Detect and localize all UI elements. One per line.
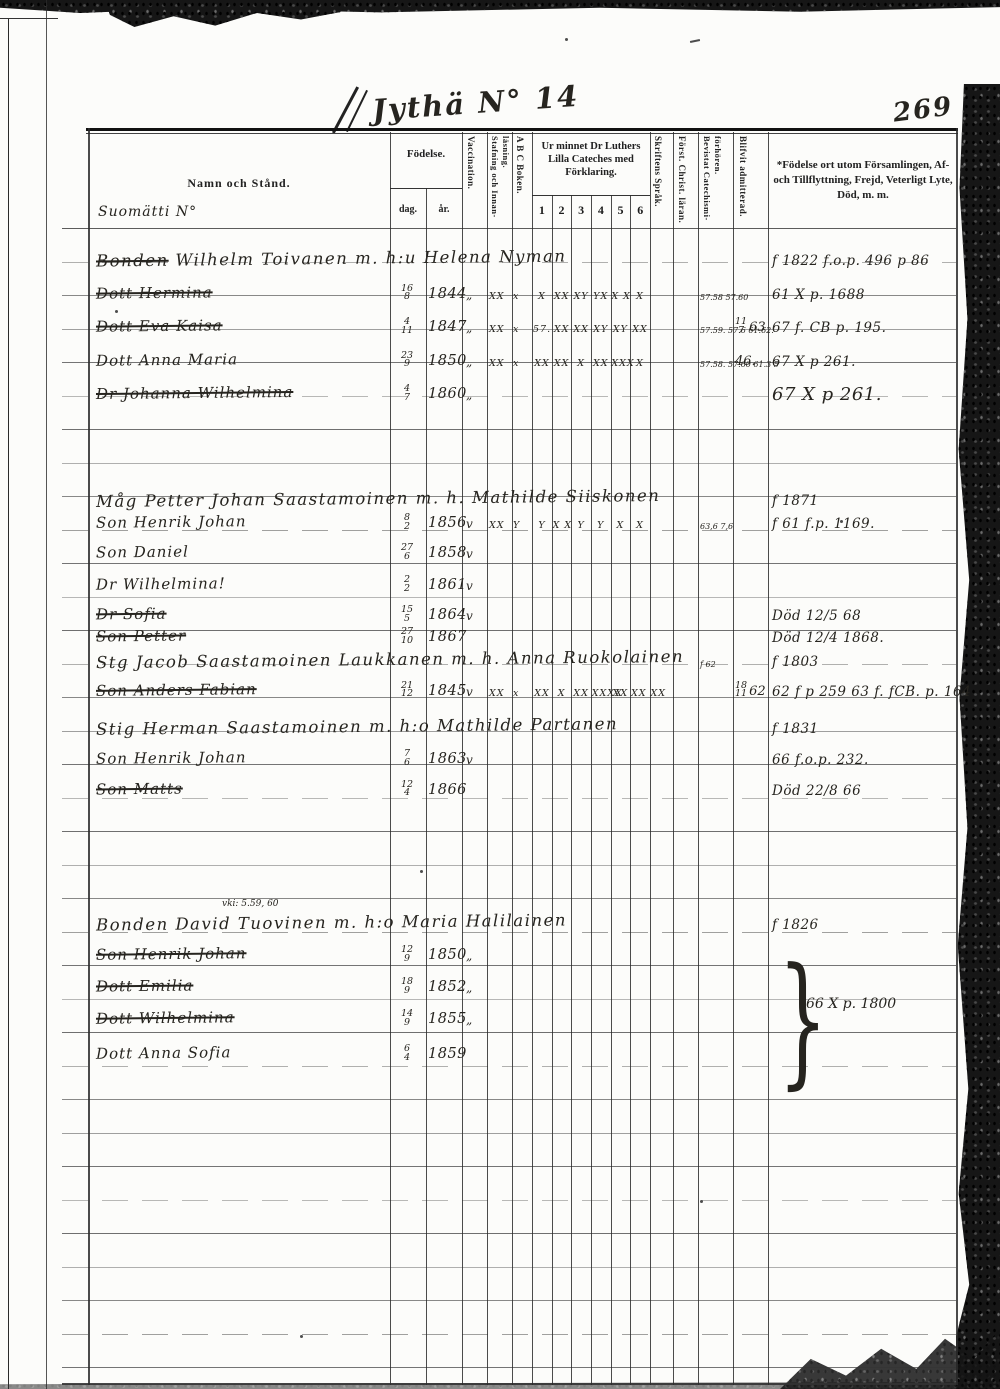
- birth-year: 1845: [428, 683, 467, 699]
- person-name: Dott Wilhelmina: [96, 1008, 235, 1027]
- catechism-mark: XX: [553, 358, 571, 369]
- rule-line: [62, 1300, 956, 1301]
- column-header-birth-day: dag.: [390, 204, 426, 215]
- ledger-row: Dr Wilhelmina!221861v: [0, 566, 1000, 594]
- person-name: Son Anders Fabian: [96, 680, 257, 700]
- catechism-mark: X: [631, 291, 649, 302]
- rule-line: [62, 463, 956, 464]
- catechism-subcolumn-number: 1: [532, 203, 552, 218]
- catechism-subcolumn-number: 5: [611, 203, 631, 218]
- page-title: Jythä N° 14: [371, 79, 580, 127]
- catechism-mark: X: [553, 688, 571, 699]
- column-header-spelling: Stafning och Innan- läsning.: [489, 136, 511, 226]
- person-name: Son Henrik Johan: [96, 945, 247, 965]
- catechism-mark: XX: [631, 324, 649, 335]
- vaccination-mark: „: [466, 1013, 472, 1027]
- column-header-catechism: Ur minnet Dr Luthers Lilla Cateches med …: [533, 140, 649, 179]
- ledger-row: Son Anders Fabian21121845vXXxXXXXXXXXXXX…: [0, 672, 1000, 700]
- column-header-birth-year: år.: [426, 204, 462, 215]
- person-name: Dott Hermina: [96, 283, 213, 302]
- margin-note: 62 f p 259 63 f. fCB. p. 164: [772, 685, 971, 699]
- column-header-christian-doctrine: Först. Christ. läran.: [676, 136, 697, 226]
- ledger-row: Dott Anna Sofia641859: [0, 1035, 1000, 1063]
- column-header-vaccination: Vaccination.: [465, 136, 487, 226]
- birth-day: 149: [391, 1001, 423, 1027]
- rule-line: [62, 1233, 956, 1234]
- catechism-mark: XX: [533, 358, 551, 369]
- birth-day: 64: [391, 1036, 423, 1062]
- ledger-row: Bonden David Tuovinen m. h:o Maria Halil…: [0, 905, 1000, 933]
- rule-line: [62, 831, 956, 832]
- column-header-attended-examinations: Bevistat Catechismi- förhören.: [701, 136, 731, 226]
- catechism-mark: XY: [592, 324, 610, 335]
- district-handwritten-label: Suomätti N°: [98, 204, 197, 220]
- abc-mark: Y: [513, 520, 520, 531]
- catechism-mark: XXXX: [592, 688, 610, 699]
- person-name: Dott Emilia: [96, 977, 194, 996]
- birth-day: 22: [391, 567, 423, 593]
- ledger-row: Stg Jacob Saastamoinen Laukkanen m. h. A…: [0, 642, 1000, 670]
- catechism-mark: XX: [533, 688, 551, 699]
- catechism-mark: X: [533, 291, 551, 302]
- margin-note: 67 f. CB p. 195.: [772, 321, 886, 335]
- catechism-subcolumn-number: 4: [591, 203, 611, 218]
- birth-day: 124: [391, 772, 423, 798]
- ledger-row: Dr Johanna Wilhelmina471860„67 X p 261.: [0, 375, 1000, 403]
- ledger-row: Son Henrik Johan1291850„: [0, 936, 1000, 964]
- ledger-row: Bonden Wilhelm Toivanen m. h:u Helena Ny…: [0, 241, 1000, 269]
- catechism-mark: Y: [572, 520, 590, 531]
- catechism-mark: XX XX: [631, 688, 649, 699]
- birth-day: 76: [391, 741, 423, 767]
- rule-line: [62, 1367, 956, 1368]
- rule-line: [62, 563, 956, 564]
- vaccination-mark: „: [466, 321, 472, 335]
- catechism-mark: XX: [553, 324, 571, 335]
- brace-note: 66 X p. 1800: [806, 996, 896, 1012]
- catechism-mark: X X: [553, 520, 571, 531]
- vaccination-mark: „: [466, 981, 472, 995]
- vaccination-mark: v: [466, 753, 473, 767]
- birth-year: 1861: [428, 577, 467, 593]
- catechism-mark: XX: [553, 291, 571, 302]
- catechism-mark: XXX: [611, 358, 629, 369]
- margin-note: f 1803: [772, 655, 819, 669]
- abc-mark: x: [513, 358, 519, 369]
- person-name: Son Henrik Johan: [96, 749, 247, 769]
- person-name: Son Daniel: [96, 543, 189, 562]
- scan-speck: [300, 1335, 303, 1338]
- scan-noise-top-blob: [105, 0, 350, 27]
- person-name: Bonden Wilhelm Toivanen m. h:u Helena Ny…: [96, 247, 567, 271]
- margin-note: Död 22/8 66: [772, 784, 861, 798]
- rule-line: [62, 865, 956, 866]
- spelling-mark: XX: [489, 520, 505, 531]
- margin-note: f 1826: [772, 918, 819, 932]
- spelling-mark: XX: [489, 688, 505, 699]
- column-header-notes: *Födelse ort utom Församlingen, Af- och …: [772, 158, 954, 203]
- ledger-row: Son Matts1241866Död 22/8 66: [0, 771, 1000, 799]
- vaccination-mark: v: [466, 547, 473, 561]
- vaccination-mark: „: [466, 949, 472, 963]
- catechism-subcolumn-number: 6: [630, 203, 650, 218]
- birth-day: 239: [391, 343, 423, 369]
- catechism-mark: XX: [592, 358, 610, 369]
- examination-note: 63,6 7,6: [700, 523, 733, 531]
- catechism-mark: XX: [611, 688, 629, 699]
- abc-mark: x: [513, 324, 519, 335]
- admitted-note: 181162: [735, 682, 766, 699]
- vaccination-mark: „: [466, 355, 472, 369]
- ledger-row: Son Daniel2761858v: [0, 534, 1000, 562]
- birth-year: 1852: [428, 979, 467, 995]
- birth-day: 411: [391, 309, 423, 335]
- abc-mark: x: [513, 291, 519, 302]
- column-header-name: Namn och Stånd.: [88, 176, 390, 191]
- rule-line: [62, 429, 956, 430]
- person-name: Stig Herman Saastamoinen m. h:o Mathilde…: [96, 714, 618, 738]
- column-header-admitted: Blifvit admitterad.: [737, 136, 765, 226]
- margin-note: 61 X p. 1688: [772, 288, 865, 302]
- inline-note: vki: 5.59, 60: [222, 899, 279, 909]
- margin-note: 66 f.o.p. 232.: [772, 753, 869, 767]
- birth-day: 129: [391, 937, 423, 963]
- title-flourish: [346, 90, 368, 132]
- spelling-mark: XX: [489, 324, 505, 335]
- admitted-note: 46.: [735, 354, 756, 369]
- margin-note: 67 X p 261.: [772, 355, 856, 369]
- spelling-mark: XX: [489, 358, 505, 369]
- catechism-mark: X: [611, 520, 629, 531]
- vaccination-mark: „: [466, 288, 472, 302]
- column-header-scripture-language: Skriftens Språk.: [652, 136, 672, 226]
- birth-year: 1847: [428, 319, 467, 335]
- scan-speck: [565, 38, 568, 41]
- ledger-row: Dott Hermina1681844„XXxXXXXYYXX XX57.58 …: [0, 275, 1000, 303]
- vaccination-mark: „: [466, 388, 472, 402]
- scan-speck: [420, 870, 423, 873]
- catechism-mark: X: [631, 358, 649, 369]
- rule-line: [62, 1334, 956, 1335]
- catechism-mark: XY: [611, 324, 629, 335]
- catechism-mark: XY: [572, 291, 590, 302]
- person-name: Bonden David Tuovinen m. h:o Maria Halil…: [96, 910, 567, 934]
- person-name: Dr Johanna Wilhelmina: [96, 383, 294, 403]
- birth-day: 168: [391, 276, 423, 302]
- person-name: Dott Anna Maria: [96, 350, 238, 369]
- rule-line: [62, 228, 956, 229]
- catechism-mark: X: [572, 358, 590, 369]
- catechism-mark: X X: [611, 291, 629, 302]
- catechism-subcolumn-number: 3: [571, 203, 591, 218]
- rule-line: [62, 1200, 956, 1201]
- ledger-row: Dott Eva Kaisa4111847„XXx57.XXXXXYXYXX57…: [0, 308, 1000, 336]
- admitted-note: 11763: [735, 318, 766, 335]
- birth-year: 1850: [428, 353, 467, 369]
- grouping-brace: }: [778, 938, 828, 1103]
- catechism-mark: XX: [572, 688, 590, 699]
- vaccination-mark: v: [466, 517, 473, 531]
- birth-year: 1859: [428, 1046, 467, 1062]
- margin-dash: [0, 18, 58, 19]
- catechism-mark: 57.: [533, 324, 551, 335]
- ledger-row: Son Henrik Johan821856vXXYYX XYYXX63,6 7…: [0, 504, 1000, 532]
- catechism-subcolumn-number: 2: [552, 203, 572, 218]
- birth-day: 47: [391, 376, 423, 402]
- rule-line: [62, 1133, 956, 1134]
- person-name: Dott Anna Sofia: [96, 1043, 232, 1062]
- margin-note: f 61 f.p. 1169.: [772, 517, 875, 531]
- birth-year: 1850: [428, 947, 467, 963]
- margin-note: 67 X p 261.: [772, 388, 882, 402]
- rule-line: [62, 1267, 956, 1268]
- birth-year: 1855: [428, 1011, 467, 1027]
- catechism-mark: X: [631, 520, 649, 531]
- birth-year: 1863: [428, 751, 467, 767]
- scanned-ledger-page: Jythä N° 14 269 Namn och Stånd. Suomätti…: [0, 0, 1000, 1389]
- birth-year: 1866: [428, 782, 467, 798]
- examination-note: 57.58 57.60: [700, 294, 748, 302]
- rule-line: [62, 1383, 956, 1385]
- catechism-mark: YX: [592, 291, 610, 302]
- catechism-mark: Y: [592, 520, 610, 531]
- scan-speck: [690, 39, 700, 43]
- person-name: Son Henrik Johan: [96, 512, 247, 532]
- binding-line: [8, 18, 9, 1389]
- person-name: Dott Eva Kaisa: [96, 317, 223, 336]
- birth-day: 189: [391, 969, 423, 995]
- vaccination-mark: v: [466, 685, 473, 699]
- ledger-row: Stig Herman Saastamoinen m. h:o Mathilde…: [0, 709, 1000, 737]
- birth-year: 1858: [428, 545, 467, 561]
- ledger-row: Dott Emilia1891852„: [0, 968, 1000, 996]
- catechism-subcolumn-numbers: 123456: [532, 203, 650, 218]
- ledger-row: Son Henrik Johan761863v66 f.o.p. 232.: [0, 740, 1000, 768]
- vaccination-mark: v: [466, 579, 473, 593]
- spelling-mark: XX: [489, 291, 505, 302]
- catechism-mark: XX: [572, 324, 590, 335]
- table-top-border: [86, 128, 958, 131]
- abc-mark: x: [513, 688, 519, 699]
- person-name: Dr Wilhelmina!: [96, 575, 226, 594]
- margin-note: f 1831: [772, 722, 819, 736]
- person-name: Son Matts: [96, 779, 183, 798]
- birth-year: 1844: [428, 286, 467, 302]
- rule-line: [62, 1166, 956, 1167]
- rule-line: [62, 898, 956, 899]
- ledger-row: Dott Anna Maria2391850„XXxXXXXXXXXXXX57.…: [0, 342, 1000, 370]
- birth-year: 1860: [428, 386, 467, 402]
- birth-day: 82: [391, 505, 423, 531]
- table-top-border-inner: [86, 133, 958, 134]
- birth-year: 1856: [428, 515, 467, 531]
- birth-day: 2112: [391, 673, 423, 699]
- examination-note: f 62: [700, 661, 716, 669]
- margin-note: f 1822 f.o.p. 496 p 86: [772, 254, 929, 268]
- column-header-abc-book: A B C Boken.: [514, 136, 531, 226]
- birth-day: 276: [391, 535, 423, 561]
- person-name: Stg Jacob Saastamoinen Laukkanen m. h. A…: [96, 646, 684, 671]
- column-header-birth: Födelse.: [390, 148, 462, 160]
- page-number: 269: [891, 91, 954, 128]
- catechism-mark: Y: [533, 520, 551, 531]
